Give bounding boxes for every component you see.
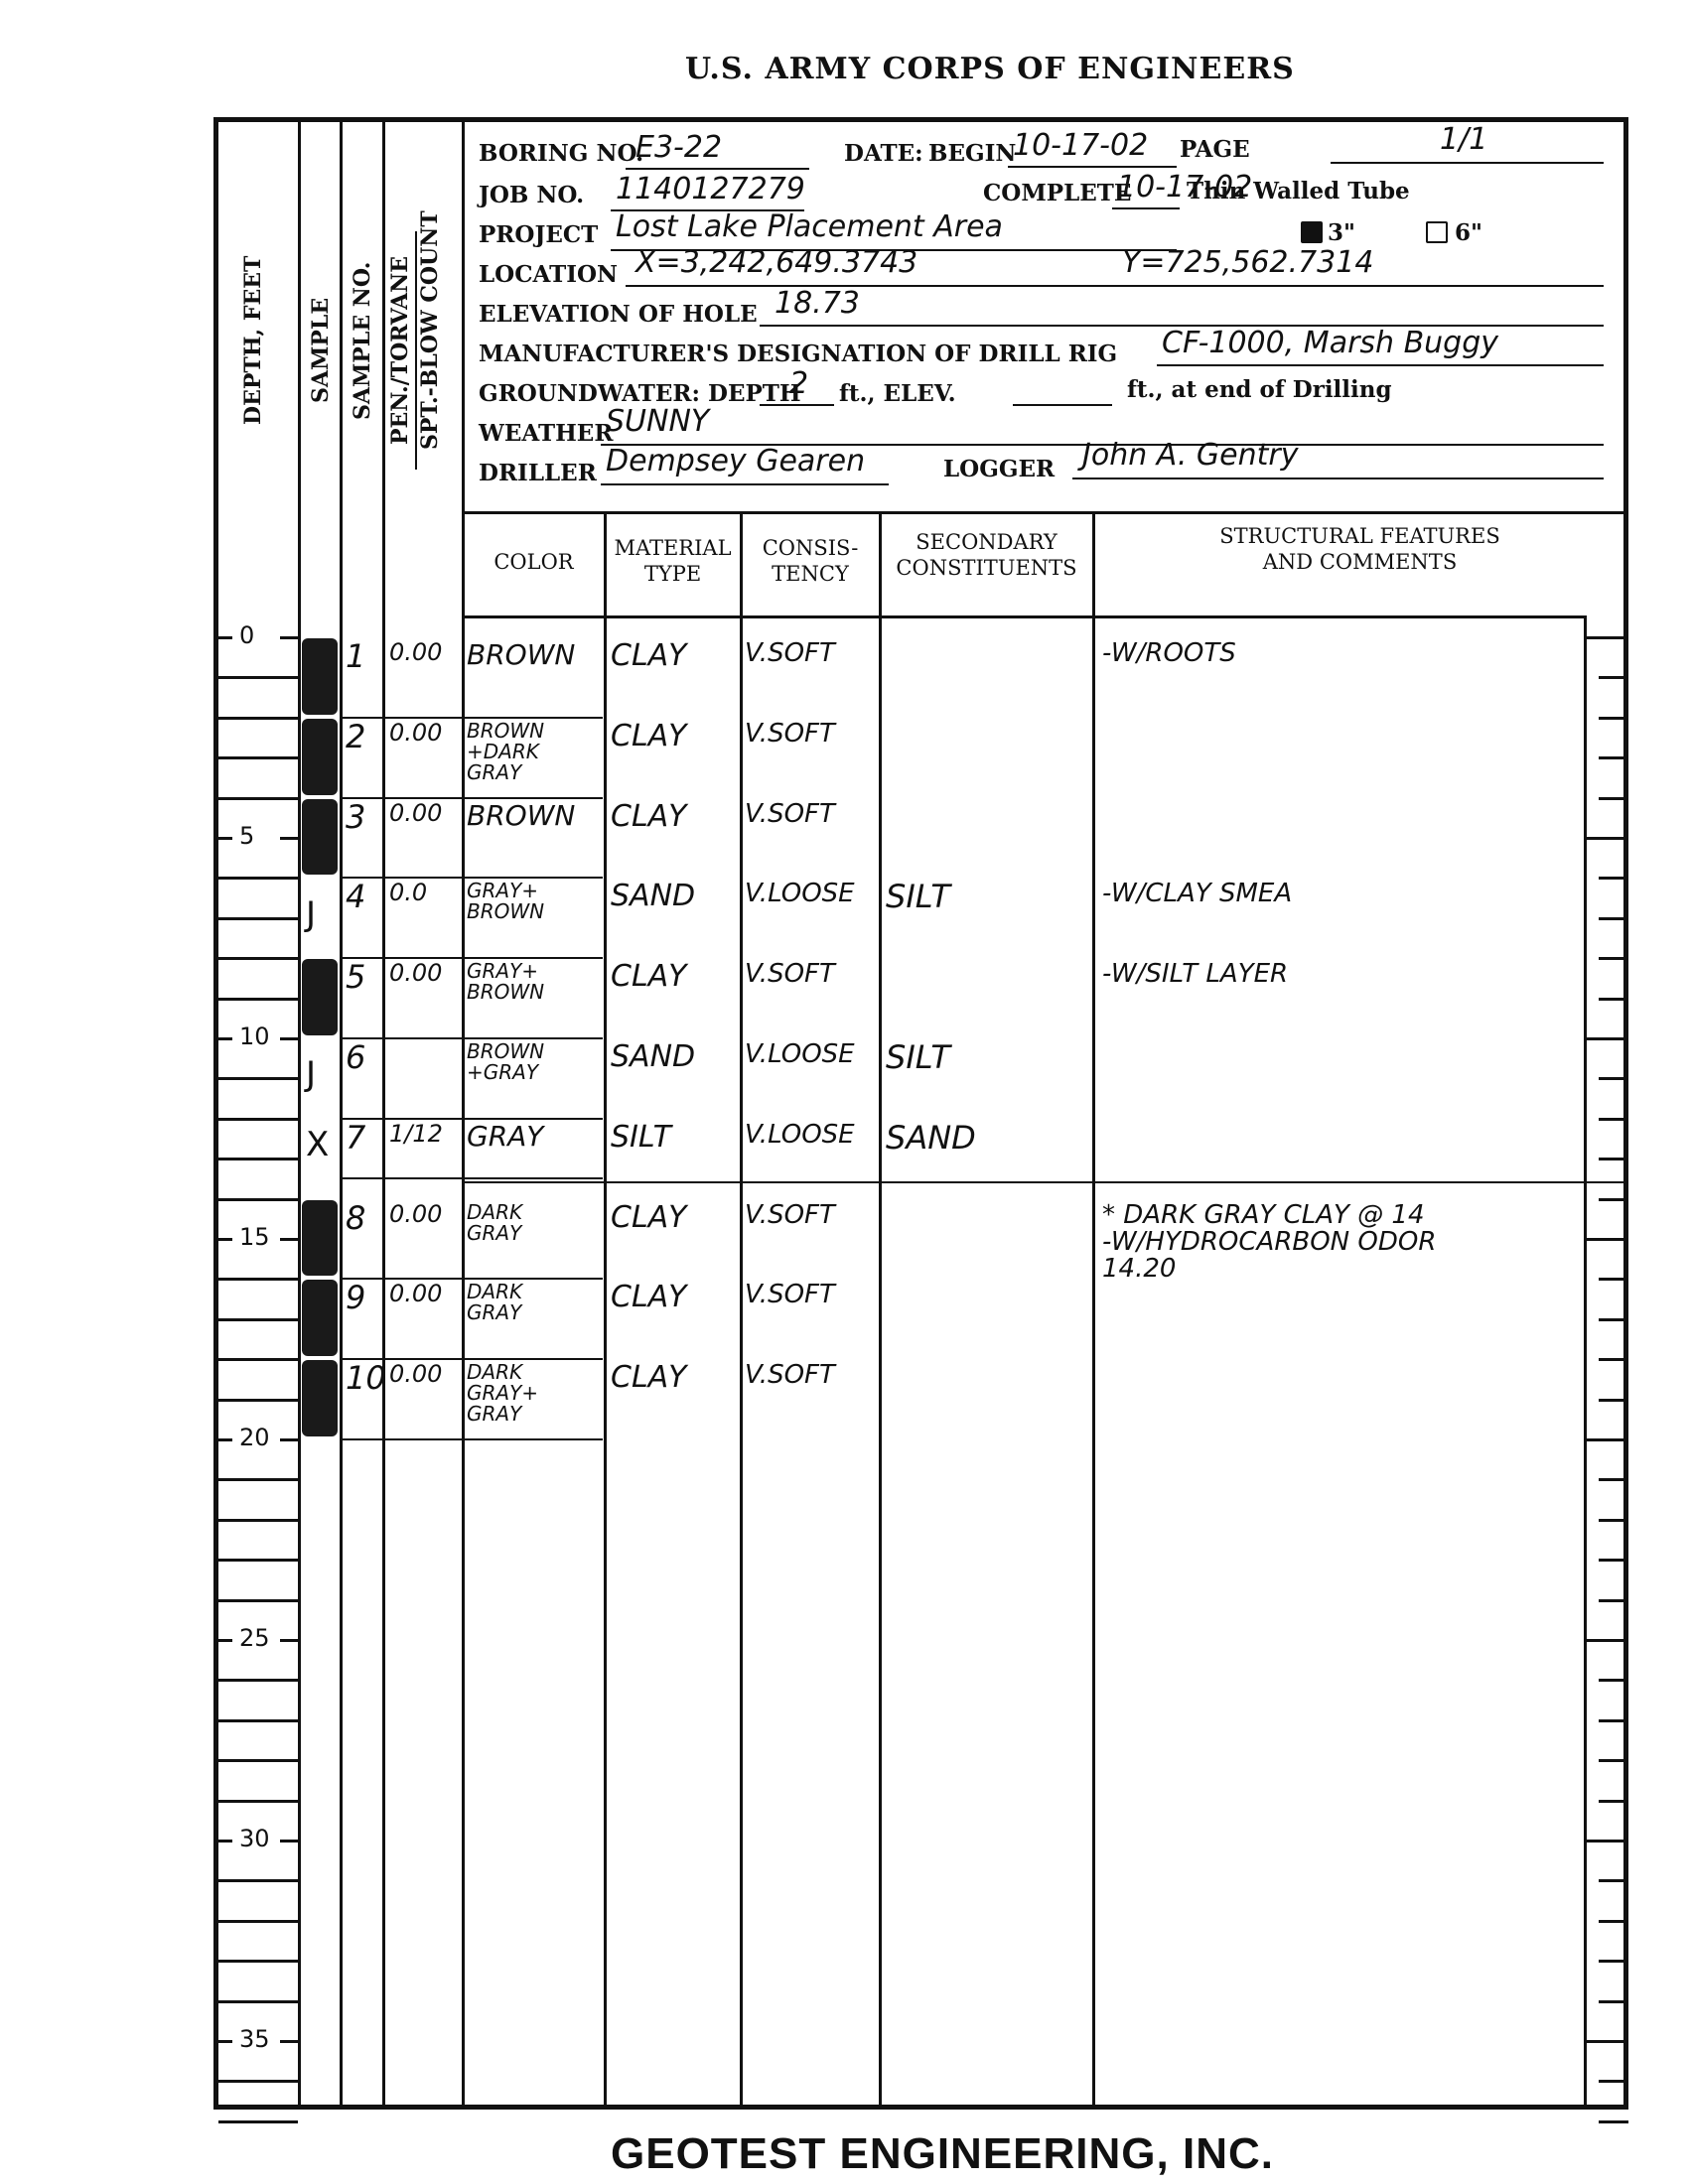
right-depth-tick xyxy=(1599,1358,1628,1361)
depth-tick xyxy=(218,1399,298,1402)
depth-tick xyxy=(218,1438,232,1441)
depth-tick xyxy=(218,1037,232,1040)
depth-tick xyxy=(218,917,298,920)
underline xyxy=(1008,166,1177,168)
consistency: V.SOFT xyxy=(745,1202,879,1229)
consistency: V.SOFT xyxy=(745,1282,879,1308)
depth-label: 35 xyxy=(236,2025,273,2053)
right-depth-tick xyxy=(1599,676,1628,679)
sample-no: 5 xyxy=(346,961,381,995)
logger-label: LOGGER xyxy=(943,456,1055,482)
underline xyxy=(1013,404,1112,406)
depth-tick xyxy=(218,1960,298,1963)
col-consistency-1: CONSIS- xyxy=(742,535,879,561)
weather-value: SUNNY xyxy=(606,404,709,439)
right-depth-tick xyxy=(1584,1238,1628,1241)
underline xyxy=(1157,364,1604,366)
header-depth: DEPTH, FEET xyxy=(240,221,266,460)
color-value: GRAY+ BROWN xyxy=(467,961,601,1003)
depth-tick xyxy=(280,1238,298,1241)
consistency: V.LOOSE xyxy=(745,881,879,907)
depth-tick xyxy=(280,1438,298,1441)
color-value: DARK GRAY xyxy=(467,1282,601,1323)
col-secondary-2: CONSTITUENTS xyxy=(881,555,1092,581)
row-divider xyxy=(462,1181,1628,1183)
right-depth-tick xyxy=(1599,1920,1628,1923)
right-depth-tick xyxy=(1599,1118,1628,1121)
depth-tick xyxy=(218,1118,298,1121)
header-sample-no: SAMPLE NO. xyxy=(350,231,375,450)
right-depth-tick xyxy=(1599,1198,1628,1201)
header-sample: SAMPLE xyxy=(308,261,334,440)
gw-elev-label: ft., ELEV. xyxy=(839,380,956,407)
boring-no-label: BORING NO. xyxy=(479,140,643,167)
jar-sample-icon: J xyxy=(306,897,316,933)
underline xyxy=(1331,162,1604,164)
tube-6-label: 6" xyxy=(1455,219,1482,246)
tube-3-label: 3" xyxy=(1328,219,1355,246)
right-depth-tick xyxy=(1599,1278,1628,1281)
col-color: COLOR xyxy=(467,549,601,575)
col-consistency-2: TENCY xyxy=(742,561,879,587)
right-depth-tick xyxy=(1599,1318,1628,1321)
depth-tick xyxy=(280,1840,298,1843)
project-label: PROJECT xyxy=(479,221,598,248)
depth-tick xyxy=(218,717,298,720)
secondary-constituents: SILT xyxy=(886,1041,1089,1075)
pen-torvane-value: 0.00 xyxy=(389,801,461,826)
right-depth-tick xyxy=(1599,1960,1628,1963)
depth-tick xyxy=(218,957,298,960)
divider xyxy=(462,511,1623,514)
color-value: GRAY+ BROWN xyxy=(467,881,601,922)
pen-torvane-value: 0.00 xyxy=(389,1282,461,1306)
boring-no-value: E3-22 xyxy=(635,130,722,165)
material-type: SILT xyxy=(611,1122,740,1154)
begin-label: BEGIN xyxy=(928,140,1016,167)
pen-torvane-value: 1/12 xyxy=(389,1122,461,1147)
color-value: BROWN xyxy=(467,801,601,830)
material-type: CLAY xyxy=(611,801,740,833)
right-depth-tick xyxy=(1599,1800,1628,1803)
col-material-1: MATERIAL xyxy=(606,535,740,561)
elevation-value: 18.73 xyxy=(775,286,860,321)
depth-tick xyxy=(218,2040,232,2043)
depth-tick xyxy=(218,1278,298,1281)
depth-tick xyxy=(218,1318,298,1321)
depth-label: 0 xyxy=(236,621,257,649)
driller-value: Dempsey Gearen xyxy=(606,444,865,478)
right-depth-tick xyxy=(1599,1759,1628,1762)
right-depth-tick xyxy=(1599,957,1628,960)
depth-label: 5 xyxy=(236,822,257,850)
agency-title: U.S. ARMY CORPS OF ENGINEERS xyxy=(685,52,1295,86)
divider xyxy=(740,511,743,2105)
underline xyxy=(601,483,889,485)
consistency: V.SOFT xyxy=(745,801,879,828)
depth-tick xyxy=(218,1478,298,1481)
location-label: LOCATION xyxy=(479,261,618,288)
underline xyxy=(760,404,834,406)
right-depth-tick xyxy=(1599,2120,1628,2123)
right-depth-tick xyxy=(1599,1399,1628,1402)
material-type: CLAY xyxy=(611,961,740,993)
color-value: BROWN xyxy=(467,640,601,669)
header-pen-torvane: PEN./TORVANE xyxy=(387,231,417,470)
sample-no: 4 xyxy=(346,881,381,914)
structural-comment: * DARK GRAY CLAY @ 14 -W/HYDROCARBON ODO… xyxy=(1102,1202,1579,1284)
depth-tick xyxy=(218,797,298,800)
col-structural-2: AND COMMENTS xyxy=(1094,549,1625,575)
thin-walled-tube-label: Thin Walled Tube xyxy=(1187,178,1410,205)
material-type: CLAY xyxy=(611,1362,740,1394)
right-depth-tick xyxy=(1599,756,1628,759)
pen-torvane-value: 0.00 xyxy=(389,961,461,986)
secondary-constituents: SAND xyxy=(886,1122,1089,1156)
depth-tick xyxy=(218,2000,298,2003)
footer-company: GEOTEST ENGINEERING, INC. xyxy=(611,2129,1274,2179)
jar-sample-icon: J xyxy=(306,1057,316,1093)
sample-no: 1 xyxy=(346,640,381,674)
depth-tick xyxy=(218,1719,298,1722)
sample-no: 8 xyxy=(346,1202,381,1236)
right-depth-tick xyxy=(1599,998,1628,1001)
undisturbed-sample-icon xyxy=(302,638,338,715)
depth-tick xyxy=(280,1037,298,1040)
depth-tick xyxy=(218,756,298,759)
header-spt-blow-count: SPT.-BLOW COUNT xyxy=(417,192,443,470)
depth-label: 15 xyxy=(236,1223,273,1251)
right-depth-tick xyxy=(1599,2000,1628,2003)
color-value: BROWN +DARK GRAY xyxy=(467,721,601,783)
sample-no: 3 xyxy=(346,801,381,835)
right-depth-tick xyxy=(1599,1478,1628,1481)
tube-6-checkbox[interactable] xyxy=(1426,221,1448,243)
sample-no: 7 xyxy=(346,1122,381,1156)
color-value: BROWN +GRAY xyxy=(467,1041,601,1083)
structural-comment: -W/ROOTS xyxy=(1102,640,1579,667)
consistency: V.SOFT xyxy=(745,640,879,667)
undisturbed-sample-icon xyxy=(302,1280,338,1356)
driller-label: DRILLER xyxy=(479,460,597,486)
depth-tick xyxy=(280,636,298,639)
right-depth-tick xyxy=(1584,1840,1628,1843)
depth-tick xyxy=(218,1198,298,1201)
right-depth-tick xyxy=(1599,1077,1628,1080)
right-depth-tick xyxy=(1584,1438,1628,1441)
depth-tick xyxy=(218,676,298,679)
depth-tick xyxy=(218,1679,298,1682)
col-secondary-1: SECONDARY xyxy=(881,529,1092,555)
boring-log-form: DEPTH, FEET SAMPLE SAMPLE NO. PEN./TORVA… xyxy=(213,117,1628,2110)
right-depth-tick xyxy=(1599,1519,1628,1522)
right-depth-tick xyxy=(1599,2080,1628,2083)
depth-tick xyxy=(218,1519,298,1522)
page-value: 1/1 xyxy=(1440,122,1487,157)
gw-end-label: ft., at end of Drilling xyxy=(1127,376,1392,403)
depth-tick xyxy=(280,1639,298,1642)
material-type: CLAY xyxy=(611,721,740,752)
depth-label: 30 xyxy=(236,1825,273,1852)
secondary-constituents: SILT xyxy=(886,881,1089,914)
tube-3-checkbox[interactable] xyxy=(1301,221,1323,243)
right-depth-tick xyxy=(1584,636,1628,639)
depth-tick xyxy=(218,2080,298,2083)
divider xyxy=(340,122,343,2105)
right-depth-tick xyxy=(1599,1679,1628,1682)
right-depth-tick xyxy=(1599,1879,1628,1882)
structural-comment: -W/SILT LAYER xyxy=(1102,961,1579,988)
depth-tick xyxy=(218,1840,232,1843)
consistency: V.LOOSE xyxy=(745,1122,879,1149)
depth-label: 25 xyxy=(236,1624,273,1652)
divider xyxy=(382,122,385,2105)
depth-tick xyxy=(218,1077,298,1080)
depth-tick xyxy=(218,2120,298,2123)
right-depth-tick xyxy=(1599,717,1628,720)
elevation-label: ELEVATION OF HOLE xyxy=(479,301,758,328)
color-value: DARK GRAY+ GRAY xyxy=(467,1362,601,1425)
material-type: SAND xyxy=(611,881,740,912)
drill-rig-value: CF-1000, Marsh Buggy xyxy=(1162,326,1498,360)
groundwater-label: GROUNDWATER: DEPTH xyxy=(479,380,801,407)
depth-tick xyxy=(218,1599,298,1602)
undisturbed-sample-icon xyxy=(302,1360,338,1436)
row-divider xyxy=(340,1438,603,1440)
drill-rig-label: MANUFACTURER'S DESIGNATION OF DRILL RIG xyxy=(479,341,1117,367)
depth-label: 20 xyxy=(236,1424,273,1451)
page-label: PAGE xyxy=(1180,136,1250,163)
right-depth-tick xyxy=(1599,797,1628,800)
material-type: CLAY xyxy=(611,640,740,672)
sample-no: 9 xyxy=(346,1282,381,1315)
divider xyxy=(604,511,607,2105)
undisturbed-sample-icon xyxy=(302,799,338,876)
divider xyxy=(298,122,301,2105)
right-depth-tick xyxy=(1599,877,1628,880)
row-divider xyxy=(340,1177,603,1179)
structural-comment: -W/CLAY SMEA xyxy=(1102,881,1579,907)
material-type: CLAY xyxy=(611,1282,740,1313)
pen-torvane-value: 0.00 xyxy=(389,1202,461,1227)
depth-tick xyxy=(218,1238,232,1241)
color-value: DARK GRAY xyxy=(467,1202,601,1244)
depth-tick xyxy=(218,1639,232,1642)
pen-torvane-value: 0.00 xyxy=(389,640,461,665)
col-material-2: TYPE xyxy=(606,561,740,587)
sample-no: 10 xyxy=(346,1362,381,1396)
depth-tick xyxy=(218,877,298,880)
depth-tick xyxy=(218,1158,298,1160)
right-depth-tick xyxy=(1599,1719,1628,1722)
divider xyxy=(462,122,465,2105)
logger-value: John A. Gentry xyxy=(1082,438,1299,473)
material-type: SAND xyxy=(611,1041,740,1073)
material-type: CLAY xyxy=(611,1202,740,1234)
depth-tick xyxy=(218,1920,298,1923)
divider xyxy=(462,615,1584,618)
color-value: GRAY xyxy=(467,1122,601,1151)
complete-label: COMPLETE xyxy=(983,180,1131,206)
location-y: Y=725,562.7314 xyxy=(1122,245,1373,280)
depth-tick xyxy=(218,1879,298,1882)
col-structural-1: STRUCTURAL FEATURES xyxy=(1094,523,1625,549)
divider xyxy=(879,511,882,2105)
pen-torvane-value: 0.00 xyxy=(389,721,461,746)
right-depth-tick xyxy=(1599,1599,1628,1602)
right-depth-tick xyxy=(1584,2040,1628,2043)
depth-tick xyxy=(218,1800,298,1803)
consistency: V.SOFT xyxy=(745,961,879,988)
groundwater-depth: 2 xyxy=(789,366,808,401)
right-depth-tick xyxy=(1599,917,1628,920)
job-no-value: 1140127279 xyxy=(616,172,805,206)
depth-label: 10 xyxy=(236,1023,273,1050)
job-no-label: JOB NO. xyxy=(479,182,584,208)
underline xyxy=(626,285,1604,287)
consistency: V.SOFT xyxy=(745,721,879,748)
divider xyxy=(1092,511,1095,2105)
depth-tick xyxy=(218,1759,298,1762)
undisturbed-sample-icon xyxy=(302,1200,338,1277)
right-depth-tick xyxy=(1584,837,1628,840)
right-depth-tick xyxy=(1584,1037,1628,1040)
consistency: V.SOFT xyxy=(745,1362,879,1389)
right-depth-tick xyxy=(1599,1158,1628,1160)
sample-no: 2 xyxy=(346,721,381,754)
project-value: Lost Lake Placement Area xyxy=(616,209,1003,244)
depth-tick xyxy=(218,1358,298,1361)
depth-tick xyxy=(280,2040,298,2043)
pen-torvane-value: 0.0 xyxy=(389,881,461,905)
begin-date: 10-17-02 xyxy=(1013,128,1148,163)
underline xyxy=(1112,207,1180,209)
depth-tick xyxy=(218,837,232,840)
underline xyxy=(626,168,809,170)
no-recovery-icon: X xyxy=(306,1128,329,1163)
depth-tick xyxy=(280,837,298,840)
depth-tick xyxy=(218,1559,298,1562)
underline xyxy=(1072,478,1604,479)
right-depth-tick xyxy=(1584,1639,1628,1642)
undisturbed-sample-icon xyxy=(302,719,338,795)
weather-label: WEATHER xyxy=(479,420,613,447)
right-depth-tick xyxy=(1599,1559,1628,1562)
pen-torvane-value: 0.00 xyxy=(389,1362,461,1387)
depth-tick xyxy=(218,636,232,639)
sample-no: 6 xyxy=(346,1041,381,1075)
location-x: X=3,242,649.3743 xyxy=(635,245,917,280)
undisturbed-sample-icon xyxy=(302,959,338,1035)
date-label: DATE: xyxy=(844,140,923,167)
consistency: V.LOOSE xyxy=(745,1041,879,1068)
depth-tick xyxy=(218,998,298,1001)
